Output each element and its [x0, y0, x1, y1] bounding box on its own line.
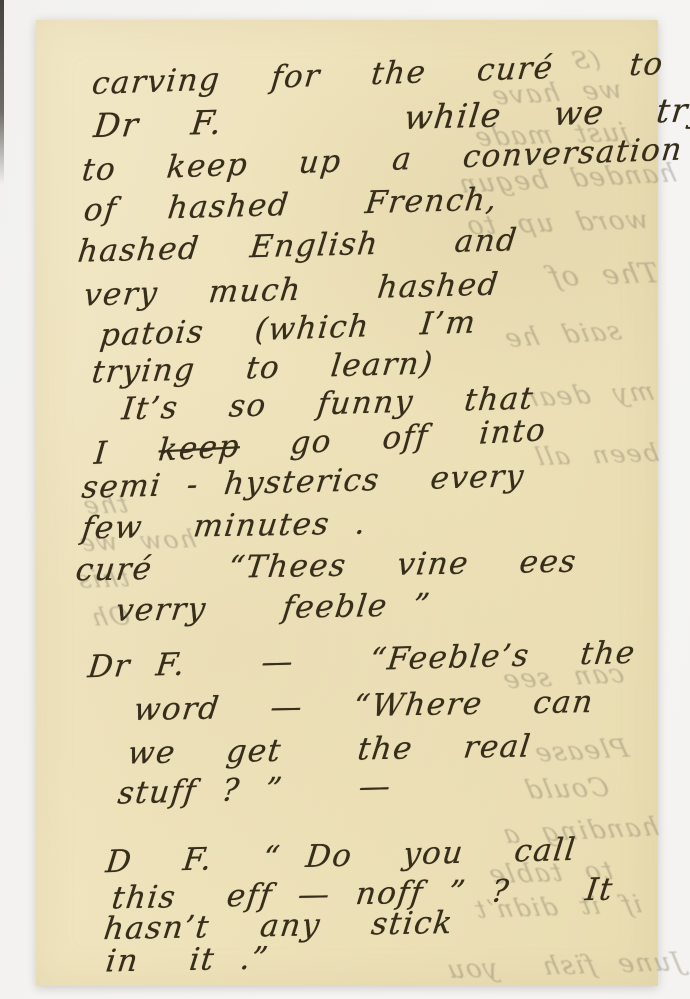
- handwritten-line: we get the real: [126, 728, 534, 771]
- handwritten-text: I: [93, 432, 161, 472]
- letter-paper: (Swe havejust madeone handed begunword u…: [36, 20, 658, 986]
- handwritten-line: of hashed French,: [82, 182, 500, 229]
- handwritten-line: Dr F. — “Feeble’s the: [86, 635, 638, 685]
- handwritten-line: in it .”: [104, 941, 271, 980]
- scanned-letter-page: (Swe havejust madeone handed begunword u…: [0, 0, 690, 999]
- struck-word: keep: [157, 428, 241, 468]
- handwritten-line: curé “Thees vine ees: [74, 544, 579, 589]
- handwritten-line: word — “Where can: [132, 684, 596, 728]
- handwritten-line: hashed English and: [76, 222, 520, 270]
- scanner-edge-shadow: [0, 0, 4, 185]
- handwritten-line: verry feeble ”: [114, 587, 433, 629]
- handwritten-line: hasn’t any stick: [102, 905, 456, 947]
- handwritten-line: stuff ? ” —: [116, 768, 394, 811]
- handwriting-layer: carving for the curé toDr F. while we tr…: [36, 20, 658, 986]
- handwritten-line: few minutes .: [80, 505, 369, 546]
